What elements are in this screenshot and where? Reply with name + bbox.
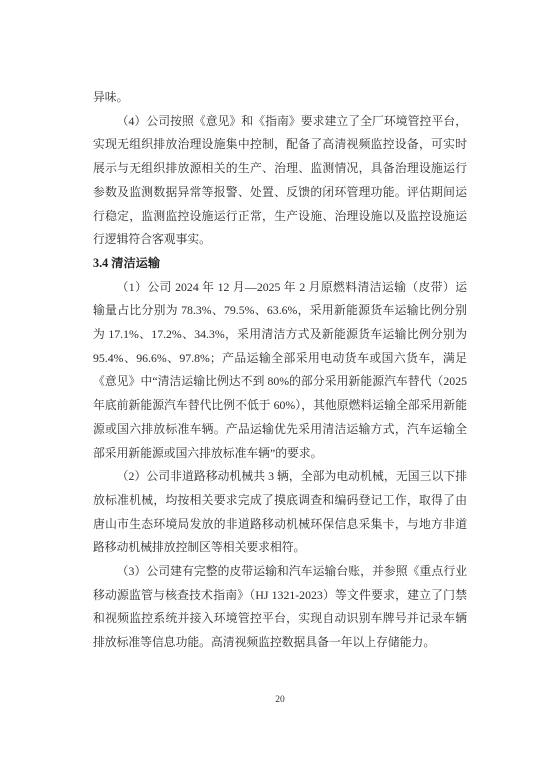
page-content: 异味。 （4）公司按照《意见》和《指南》要求建立了全厂环境管控平台，实现无组织排… bbox=[93, 86, 467, 655]
paragraph-item-3: （3）公司建有完整的皮带运输和汽车运输台账，并参照《重点行业移动源监管与核查技术… bbox=[93, 560, 467, 655]
paragraph-item-2: （2）公司非道路移动机械共 3 辆，全部为电动机械，无国三以下排放标准机械，均按… bbox=[93, 465, 467, 560]
section-heading: 3.4 清洁运输 bbox=[93, 252, 467, 276]
paragraph-continuation: 异味。 bbox=[93, 86, 467, 110]
paragraph-item-4: （4）公司按照《意见》和《指南》要求建立了全厂环境管控平台，实现无组织排放治理设… bbox=[93, 110, 467, 252]
document-page: 异味。 （4）公司按照《意见》和《指南》要求建立了全厂环境管控平台，实现无组织排… bbox=[0, 0, 550, 778]
paragraph-item-1: （1）公司 2024 年 12 月—2025 年 2 月原燃料清洁运输（皮带）运… bbox=[93, 276, 467, 466]
page-number: 20 bbox=[93, 693, 467, 707]
